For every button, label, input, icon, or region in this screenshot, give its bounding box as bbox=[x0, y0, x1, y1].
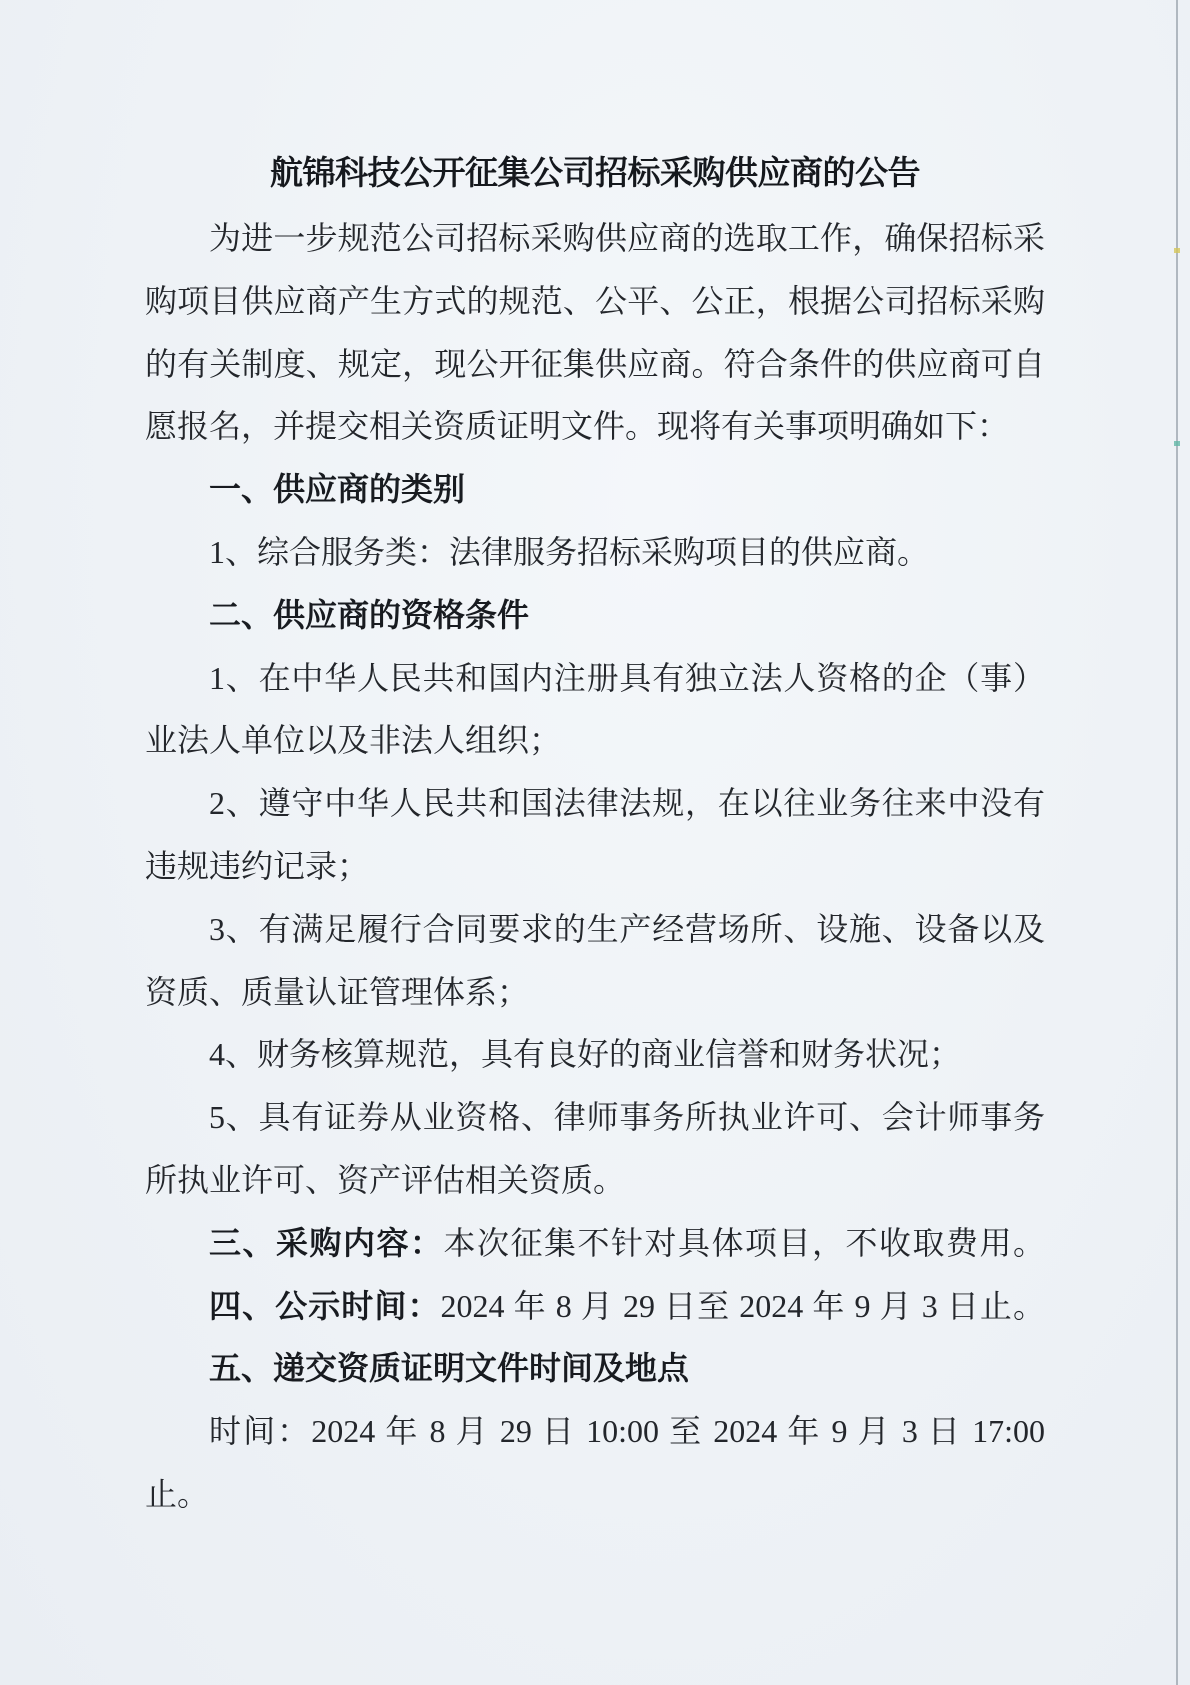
heading-segment: 五、递交资质证明文件时间及地点 bbox=[209, 1350, 689, 1386]
text-segment: 4、财务核算规范，具有良好的商业信誉和财务状况； bbox=[209, 1036, 961, 1072]
document-title: 航锦科技公开征集公司招标采购供应商的公告 bbox=[145, 150, 1045, 198]
text-segment: 2、遵守中华人民共和国法律法规，在以往业务往来中没有 bbox=[209, 785, 1045, 821]
text-segment: 2024 年 8 月 29 日至 2024 年 9 月 3 日止。 bbox=[441, 1288, 1045, 1324]
text-line: 止。 bbox=[145, 1463, 1045, 1526]
text-segment: 止。 bbox=[145, 1476, 209, 1512]
text-line: 五、递交资质证明文件时间及地点 bbox=[145, 1337, 1045, 1400]
text-line: 违规违约记录； bbox=[145, 835, 1045, 898]
text-line: 为进一步规范公司招标采购供应商的选取工作，确保招标采 bbox=[145, 207, 1045, 270]
heading-segment: 一、供应商的类别 bbox=[209, 471, 465, 507]
text-line: 的有关制度、规定，现公开征集供应商。符合条件的供应商可自 bbox=[145, 333, 1045, 396]
text-segment: 资质、质量认证管理体系； bbox=[145, 974, 529, 1010]
text-segment: 所执业许可、资产评估相关资质。 bbox=[145, 1162, 625, 1198]
document-body: 为进一步规范公司招标采购供应商的选取工作，确保招标采购项目供应商产生方式的规范、… bbox=[145, 207, 1045, 1526]
scan-artifact-tick-yellow bbox=[1174, 248, 1180, 253]
text-line: 1、综合服务类：法律服务招标采购项目的供应商。 bbox=[145, 521, 1045, 584]
heading-segment: 二、供应商的资格条件 bbox=[209, 597, 529, 633]
text-line: 一、供应商的类别 bbox=[145, 458, 1045, 521]
text-segment: 3、有满足履行合同要求的生产经营场所、设施、设备以及 bbox=[209, 911, 1045, 947]
text-line: 资质、质量认证管理体系； bbox=[145, 961, 1045, 1024]
text-line: 三、采购内容：本次征集不针对具体项目，不收取费用。 bbox=[145, 1212, 1045, 1275]
heading-segment: 四、公示时间： bbox=[209, 1288, 441, 1324]
heading-segment: 三、采购内容： bbox=[209, 1225, 444, 1261]
text-segment: 时间：2024 年 8 月 29 日 10:00 至 2024 年 9 月 3 … bbox=[209, 1413, 1045, 1449]
text-line: 5、具有证券从业资格、律师事务所执业许可、会计师事务 bbox=[145, 1086, 1045, 1149]
text-line: 3、有满足履行合同要求的生产经营场所、设施、设备以及 bbox=[145, 898, 1045, 961]
text-line: 2、遵守中华人民共和国法律法规，在以往业务往来中没有 bbox=[145, 772, 1045, 835]
text-segment: 愿报名，并提交相关资质证明文件。现将有关事项明确如下： bbox=[145, 408, 1009, 444]
text-segment: 购项目供应商产生方式的规范、公平、公正，根据公司招标采购 bbox=[145, 283, 1045, 319]
text-line: 1、在中华人民共和国内注册具有独立法人资格的企（事） bbox=[145, 647, 1045, 710]
text-segment: 业法人单位以及非法人组织； bbox=[145, 722, 561, 758]
text-segment: 本次征集不针对具体项目，不收取费用。 bbox=[444, 1225, 1045, 1261]
text-segment: 1、在中华人民共和国内注册具有独立法人资格的企（事） bbox=[209, 660, 1045, 696]
text-line: 所执业许可、资产评估相关资质。 bbox=[145, 1149, 1045, 1212]
text-segment: 违规违约记录； bbox=[145, 848, 369, 884]
text-segment: 5、具有证券从业资格、律师事务所执业许可、会计师事务 bbox=[209, 1099, 1045, 1135]
text-line: 购项目供应商产生方式的规范、公平、公正，根据公司招标采购 bbox=[145, 270, 1045, 333]
text-segment: 为进一步规范公司招标采购供应商的选取工作，确保招标采 bbox=[209, 220, 1045, 256]
scan-artifact-tick-teal bbox=[1174, 441, 1180, 446]
text-segment: 的有关制度、规定，现公开征集供应商。符合条件的供应商可自 bbox=[145, 346, 1045, 382]
text-line: 二、供应商的资格条件 bbox=[145, 584, 1045, 647]
text-line: 业法人单位以及非法人组织； bbox=[145, 709, 1045, 772]
scanned-document-page: 航锦科技公开征集公司招标采购供应商的公告 为进一步规范公司招标采购供应商的选取工… bbox=[0, 0, 1190, 1685]
text-line: 时间：2024 年 8 月 29 日 10:00 至 2024 年 9 月 3 … bbox=[145, 1400, 1045, 1463]
text-line: 4、财务核算规范，具有良好的商业信誉和财务状况； bbox=[145, 1023, 1045, 1086]
text-segment: 1、综合服务类：法律服务招标采购项目的供应商。 bbox=[209, 534, 929, 570]
text-line: 四、公示时间：2024 年 8 月 29 日至 2024 年 9 月 3 日止。 bbox=[145, 1275, 1045, 1338]
text-line: 愿报名，并提交相关资质证明文件。现将有关事项明确如下： bbox=[145, 395, 1045, 458]
